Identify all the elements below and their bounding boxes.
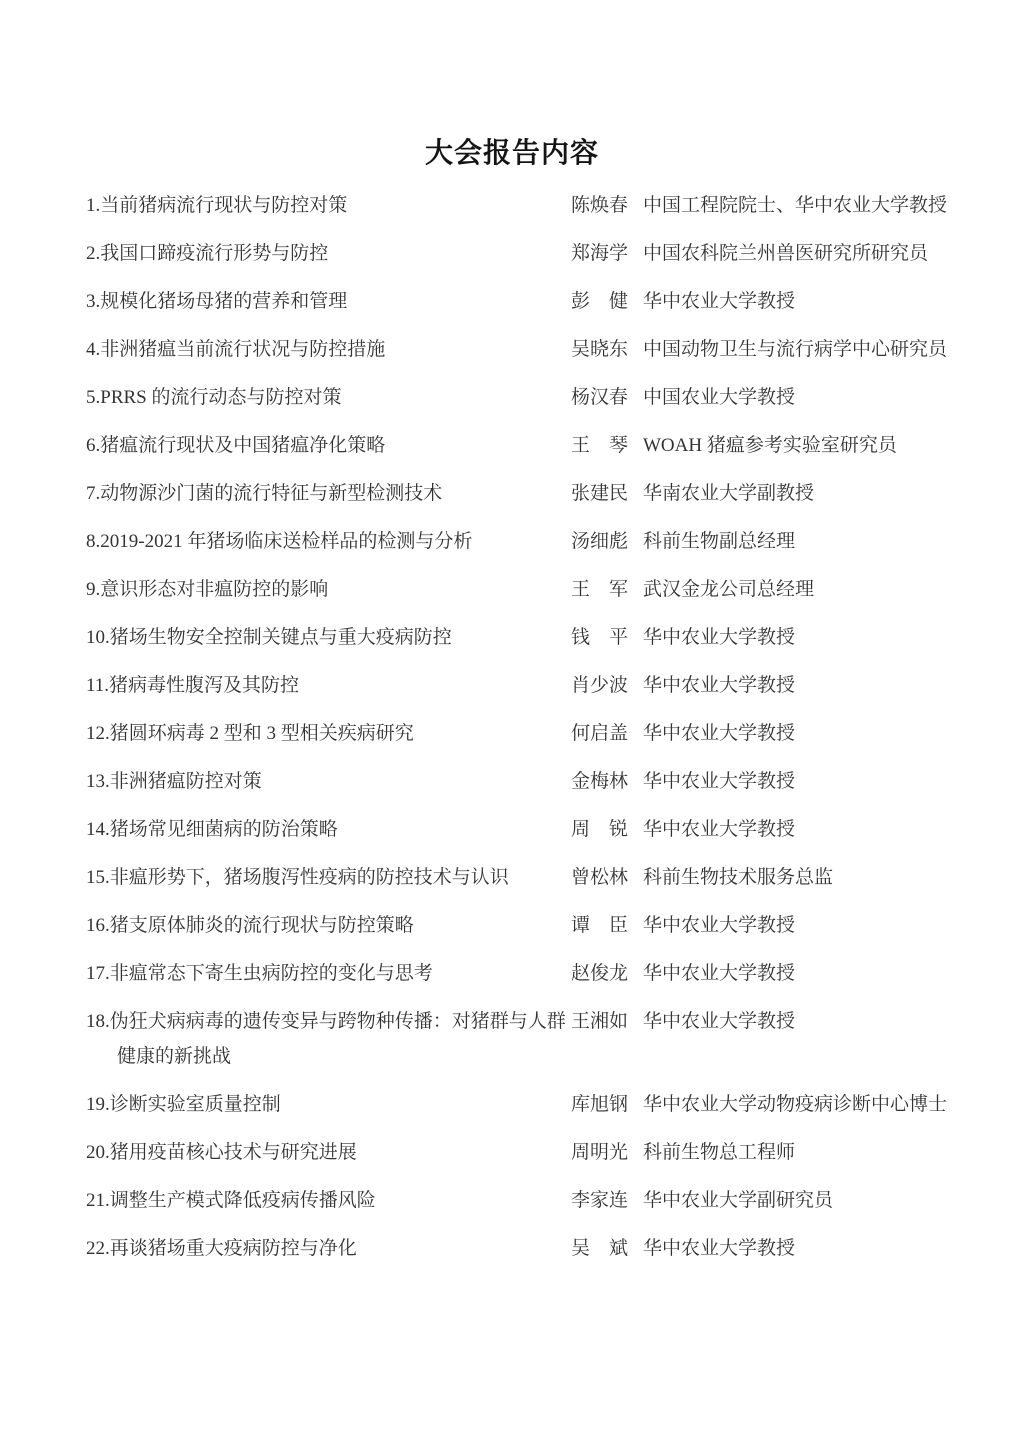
report-row: 17.非瘟常态下寄生虫病防控的变化与思考 赵俊龙 华中农业大学教授: [86, 956, 984, 991]
speaker-name: 陈焕春: [571, 188, 643, 223]
report-title: 5.PRRS 的流行动态与防控对策: [86, 380, 571, 415]
speaker-name: 钱 平: [571, 620, 643, 655]
report-title: 2.我国口蹄疫流行形势与防控: [86, 236, 571, 271]
report-title: 20.猪用疫苗核心技术与研究进展: [86, 1135, 571, 1170]
report-title: 18.伪狂犬病病毒的遗传变异与跨物种传播：对猪群与人群健康的新挑战: [86, 1004, 571, 1074]
report-title: 10.猪场生物安全控制关键点与重大疫病防控: [86, 620, 571, 655]
speaker-affiliation: 华中农业大学教授: [643, 668, 984, 703]
speaker-affiliation: 华中农业大学动物疫病诊断中心博士: [643, 1087, 984, 1122]
report-title: 17.非瘟常态下寄生虫病防控的变化与思考: [86, 956, 571, 991]
speaker-name: 曾松林: [571, 860, 643, 895]
report-row: 2.我国口蹄疫流行形势与防控 郑海学 中国农科院兰州兽医研究所研究员: [86, 236, 984, 271]
report-title: 8.2019-2021 年猪场临床送检样品的检测与分析: [86, 524, 571, 559]
speaker-affiliation: WOAH 猪瘟参考实验室研究员: [643, 428, 984, 463]
speaker-affiliation: 科前生物总工程师: [643, 1135, 984, 1170]
report-title: 12.猪圆环病毒 2 型和 3 型相关疾病研究: [86, 716, 571, 751]
speaker-name: 库旭钢: [571, 1087, 643, 1122]
report-row: 10.猪场生物安全控制关键点与重大疫病防控 钱 平 华中农业大学教授: [86, 620, 984, 655]
report-row: 20.猪用疫苗核心技术与研究进展 周明光 科前生物总工程师: [86, 1135, 984, 1170]
speaker-affiliation: 华中农业大学教授: [643, 716, 984, 751]
report-row: 3.规模化猪场母猪的营养和管理 彭 健 华中农业大学教授: [86, 284, 984, 319]
speaker-name: 周 锐: [571, 812, 643, 847]
report-title: 11.猪病毒性腹泻及其防控: [86, 668, 571, 703]
speaker-affiliation: 中国工程院院士、华中农业大学教授: [643, 188, 984, 223]
speaker-name: 张建民: [571, 476, 643, 511]
speaker-affiliation: 中国农科院兰州兽医研究所研究员: [643, 236, 984, 271]
report-row: 5.PRRS 的流行动态与防控对策 杨汉春 中国农业大学教授: [86, 380, 984, 415]
report-row: 4.非洲猪瘟当前流行状况与防控措施 吴晓东 中国动物卫生与流行病学中心研究员: [86, 332, 984, 367]
report-row: 22.再谈猪场重大疫病防控与净化 吴 斌 华中农业大学教授: [86, 1231, 984, 1266]
report-row: 21.调整生产模式降低疫病传播风险 李家连 华中农业大学副研究员: [86, 1183, 984, 1218]
speaker-name: 杨汉春: [571, 380, 643, 415]
report-title: 19.诊断实验室质量控制: [86, 1087, 571, 1122]
report-title: 1.当前猪病流行现状与防控对策: [86, 188, 571, 223]
speaker-affiliation: 武汉金龙公司总经理: [643, 572, 984, 607]
report-row: 15.非瘟形势下，猪场腹泻性疫病的防控技术与认识 曾松林 科前生物技术服务总监: [86, 860, 984, 895]
report-title: 13.非洲猪瘟防控对策: [86, 764, 571, 799]
speaker-name: 吴晓东: [571, 332, 643, 367]
speaker-affiliation: 华中农业大学教授: [643, 1004, 984, 1074]
speaker-affiliation: 科前生物副总经理: [643, 524, 984, 559]
report-row: 6.猪瘟流行现状及中国猪瘟净化策略 王 琴 WOAH 猪瘟参考实验室研究员: [86, 428, 984, 463]
speaker-affiliation: 中国农业大学教授: [643, 380, 984, 415]
report-row: 14.猪场常见细菌病的防治策略 周 锐 华中农业大学教授: [86, 812, 984, 847]
report-row: 19.诊断实验室质量控制 库旭钢 华中农业大学动物疫病诊断中心博士: [86, 1087, 984, 1122]
speaker-name: 汤细彪: [571, 524, 643, 559]
speaker-name: 王湘如: [571, 1004, 643, 1074]
report-row: 1.当前猪病流行现状与防控对策 陈焕春 中国工程院院士、华中农业大学教授: [86, 188, 984, 223]
speaker-name: 何启盖: [571, 716, 643, 751]
report-row: 9.意识形态对非瘟防控的影响 王 军 武汉金龙公司总经理: [86, 572, 984, 607]
speaker-affiliation: 中国动物卫生与流行病学中心研究员: [643, 332, 984, 367]
speaker-affiliation: 华中农业大学副研究员: [643, 1183, 984, 1218]
speaker-affiliation: 华中农业大学教授: [643, 812, 984, 847]
speaker-affiliation: 科前生物技术服务总监: [643, 860, 984, 895]
report-row: 13.非洲猪瘟防控对策 金梅林 华中农业大学教授: [86, 764, 984, 799]
report-title: 15.非瘟形势下，猪场腹泻性疫病的防控技术与认识: [86, 860, 571, 895]
speaker-name: 谭 臣: [571, 908, 643, 943]
speaker-name: 周明光: [571, 1135, 643, 1170]
speaker-name: 李家连: [571, 1183, 643, 1218]
speaker-name: 彭 健: [571, 284, 643, 319]
speaker-name: 郑海学: [571, 236, 643, 271]
report-title: 4.非洲猪瘟当前流行状况与防控措施: [86, 332, 571, 367]
speaker-affiliation: 华中农业大学教授: [643, 908, 984, 943]
speaker-name: 王 军: [571, 572, 643, 607]
report-row: 8.2019-2021 年猪场临床送检样品的检测与分析 汤细彪 科前生物副总经理: [86, 524, 984, 559]
speaker-affiliation: 华中农业大学教授: [643, 620, 984, 655]
speaker-affiliation: 华中农业大学教授: [643, 956, 984, 991]
speaker-affiliation: 华南农业大学副教授: [643, 476, 984, 511]
speaker-affiliation: 华中农业大学教授: [643, 764, 984, 799]
report-list: 1.当前猪病流行现状与防控对策 陈焕春 中国工程院院士、华中农业大学教授 2.我…: [86, 188, 984, 1266]
report-row: 12.猪圆环病毒 2 型和 3 型相关疾病研究 何启盖 华中农业大学教授: [86, 716, 984, 751]
report-title: 16.猪支原体肺炎的流行现状与防控策略: [86, 908, 571, 943]
report-row: 16.猪支原体肺炎的流行现状与防控策略 谭 臣 华中农业大学教授: [86, 908, 984, 943]
speaker-affiliation: 华中农业大学教授: [643, 1231, 984, 1266]
report-title: 6.猪瘟流行现状及中国猪瘟净化策略: [86, 428, 571, 463]
speaker-name: 肖少波: [571, 668, 643, 703]
report-title: 7.动物源沙门菌的流行特征与新型检测技术: [86, 476, 571, 511]
report-title: 3.规模化猪场母猪的营养和管理: [86, 284, 571, 319]
report-title: 22.再谈猪场重大疫病防控与净化: [86, 1231, 571, 1266]
speaker-name: 金梅林: [571, 764, 643, 799]
report-row: 11.猪病毒性腹泻及其防控 肖少波 华中农业大学教授: [86, 668, 984, 703]
report-row: 18.伪狂犬病病毒的遗传变异与跨物种传播：对猪群与人群健康的新挑战 王湘如 华中…: [86, 1004, 984, 1074]
speaker-name: 吴 斌: [571, 1231, 643, 1266]
page-title: 大会报告内容: [0, 138, 1024, 168]
report-row: 7.动物源沙门菌的流行特征与新型检测技术 张建民 华南农业大学副教授: [86, 476, 984, 511]
report-title: 21.调整生产模式降低疫病传播风险: [86, 1183, 571, 1218]
speaker-name: 赵俊龙: [571, 956, 643, 991]
speaker-name: 王 琴: [571, 428, 643, 463]
speaker-affiliation: 华中农业大学教授: [643, 284, 984, 319]
document-page: 大会报告内容 1.当前猪病流行现状与防控对策 陈焕春 中国工程院院士、华中农业大…: [0, 0, 1024, 1448]
report-title: 14.猪场常见细菌病的防治策略: [86, 812, 571, 847]
report-title: 9.意识形态对非瘟防控的影响: [86, 572, 571, 607]
